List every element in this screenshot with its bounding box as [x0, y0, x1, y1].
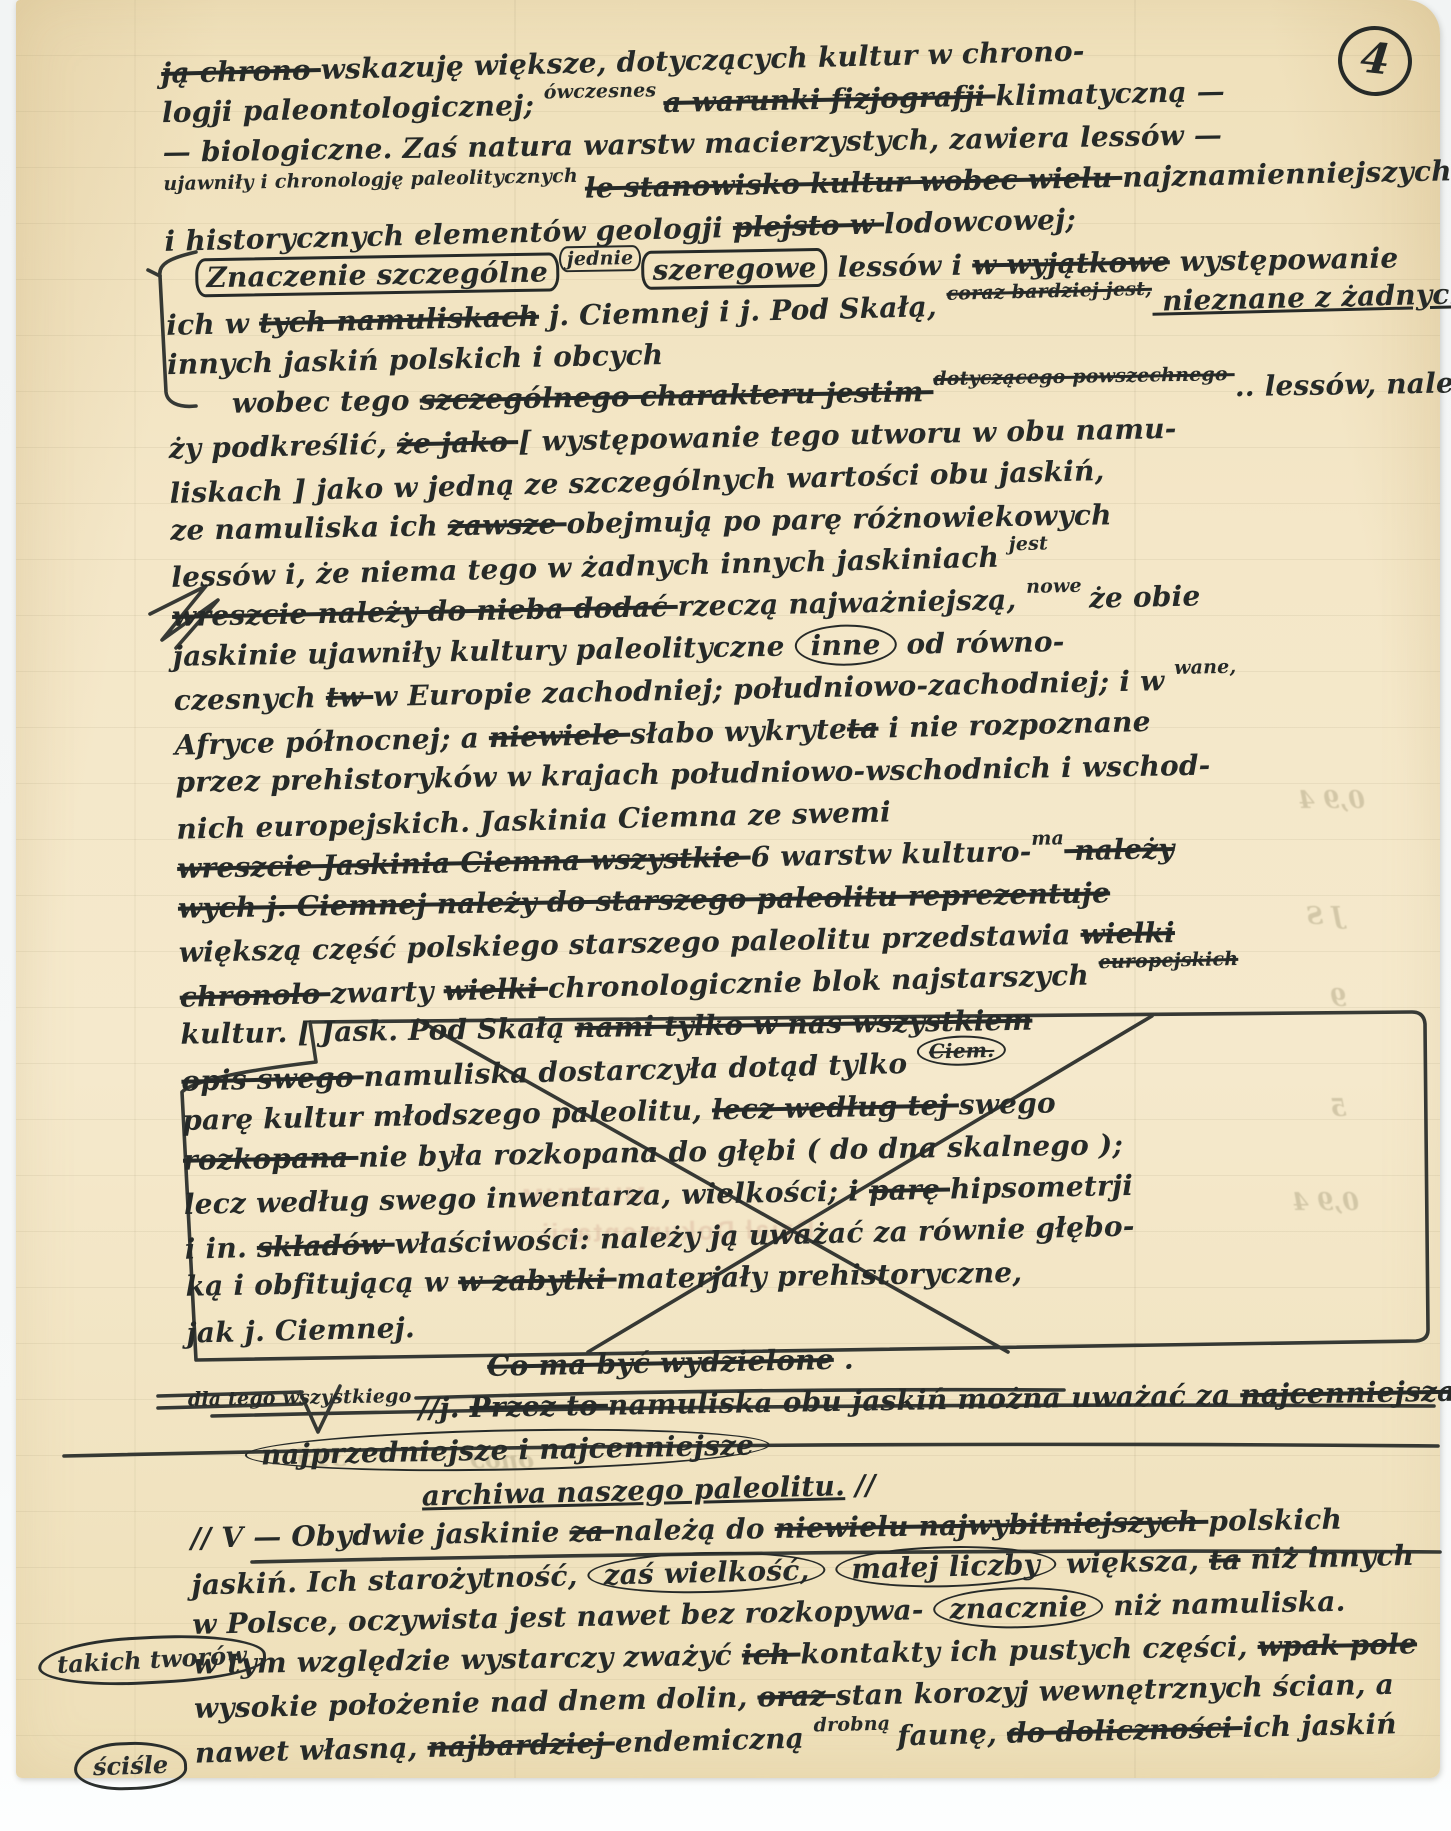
strikethrough-text: należy [1064, 832, 1175, 867]
circled-text: zaś wielkość, [587, 1549, 826, 1596]
text-run: faunę, [897, 1717, 1007, 1753]
circled-text: małej liczby [835, 1544, 1057, 1590]
text-run: 6 warstw kulturo- [750, 835, 1032, 874]
text-run: lodowcowej; [884, 203, 1077, 241]
strikethrough-text: Przez to [469, 1389, 608, 1424]
strikethrough-text: opis swego [181, 1060, 364, 1097]
text-run: hipsometrji [950, 1169, 1134, 1206]
strikethrough-text: najcenniejsza [1240, 1375, 1451, 1412]
underlined-text: archiwa naszego paleolitu. [421, 1469, 845, 1512]
strikethrough-text: wpak pole [1257, 1627, 1417, 1663]
text-run: materjały prehistoryczne, [616, 1256, 1022, 1296]
interline-insertion: dla tego wszystkiego [188, 1385, 419, 1411]
text-run: //j. [418, 1391, 470, 1425]
text-run: występowanie [1170, 241, 1399, 278]
text-run [825, 1553, 836, 1586]
interline-insertion-struck: europejskich [1098, 948, 1238, 973]
strikethrough-text: a warunki fizjografji [663, 79, 996, 119]
text-run: namuliska dostarczyła dotąd tylko [363, 1047, 917, 1094]
text-run: ży podkreślić, [168, 428, 397, 466]
strikethrough-text: parę [869, 1173, 951, 1208]
text-run: klimatyczną — [995, 75, 1225, 113]
text-run: swego [959, 1086, 1057, 1121]
strikethrough-text: że jako [397, 425, 519, 460]
text-run: jaskinie ujawniły kultury paleolityczne [173, 630, 795, 673]
interline-insertion: wane, [1174, 656, 1237, 679]
text-run: najznamienniejszych fizycznych [1122, 151, 1451, 194]
text-run: j. Ciemnej i j. Pod Skałą, [539, 290, 948, 333]
strikethrough-text: lecz według tej [712, 1088, 960, 1126]
text-run: rzeczą najważniejszą, [677, 583, 1026, 623]
text-run: wobec tego [232, 384, 420, 420]
text-run: . [833, 1343, 854, 1376]
text-run: lessów i [827, 248, 972, 283]
strikethrough-text: zawsze [448, 507, 567, 542]
page-number: 4 [1358, 33, 1392, 85]
text-run: // [845, 1468, 877, 1502]
text-run: logji paleontologicznej; [162, 88, 545, 129]
interline-insertion: drobną [813, 1712, 897, 1736]
boxed-insertion: jednie [559, 245, 642, 272]
text-run: słabo wykryte [630, 712, 848, 750]
interline-insertion: nowe [1026, 575, 1089, 598]
strikethrough-text: wielki [1080, 916, 1175, 951]
text-run: kontakty ich pustych części, [800, 1630, 1258, 1671]
text-run: nie była rozkopana do głębi ( do dna ska… [358, 1128, 1123, 1174]
text-run: i in. [184, 1231, 257, 1266]
text-run: nawet własną, [195, 1731, 428, 1770]
text-run: .. lessów, nale- [1235, 366, 1451, 403]
text-run: chronologicznie blok najstarszych [548, 958, 1100, 1004]
strikethrough-text: ich [742, 1638, 801, 1672]
strikethrough-text: składów [256, 1228, 395, 1264]
strikethrough-text: ta [847, 712, 879, 746]
strikethrough-text: w zabytki [458, 1263, 617, 1299]
text-run: // V — Obydwie jaskinie [190, 1515, 569, 1554]
circled-text: znacznie [933, 1586, 1104, 1630]
strikethrough-text: ta [1209, 1543, 1241, 1577]
strikethrough-text: niewielu najwybitniejszych [774, 1505, 1208, 1545]
strikethrough-text: oraz [757, 1679, 836, 1714]
strikethrough-text: do doliczności [1007, 1711, 1243, 1750]
boxed-text: Znaczenie szczególne [195, 252, 559, 297]
text-run: czesnych [173, 681, 326, 717]
text-run: w tym względzie wystarczy zważyć [193, 1639, 742, 1681]
manuscript-text: ją chrono wskazuję większe, dotyczących … [161, 25, 1451, 1772]
text-run: polskich [1208, 1503, 1342, 1538]
interline-insertion-struck: dotyczącego powszechnego [933, 363, 1235, 390]
strikethrough-text: tw [326, 680, 374, 714]
strikethrough-text: ją chrono [161, 53, 321, 90]
boxed-text: szeregowe [641, 248, 828, 290]
strikethrough-text: najbardziej [427, 1726, 615, 1764]
circled-insertion-struck: Ciem. [917, 1035, 1007, 1067]
strikethrough-text: za [569, 1515, 614, 1549]
text-run: Afryce północnej; a [174, 721, 489, 762]
text-run: niż namuliska. [1103, 1585, 1346, 1623]
strikethrough-text: wielki [443, 972, 548, 1008]
circled-text: inne [794, 624, 897, 667]
text-run: namuliska obu jaskiń można uważać za [608, 1378, 1241, 1421]
strikethrough-text: chronolo [179, 977, 330, 1014]
text-run: niż innych [1240, 1539, 1414, 1576]
strikethrough-text: w wyjątkowe [972, 245, 1170, 281]
interline-insertion-struck: coraz bardziej jest, [946, 278, 1152, 305]
strikethrough-text: Co ma być wydzielone [487, 1343, 834, 1383]
scanned-manuscript-page: 0,9 4J S950,9 4315оnоɔMUZEUMDział Dokume… [0, 0, 1451, 1831]
strikethrough-text: tych namuliskach [259, 300, 540, 340]
margin-note-text: takich tworów [56, 1640, 247, 1679]
text-run: od równo- [896, 625, 1064, 661]
text-run: jak j. Ciemnej. [186, 1311, 415, 1350]
interline-insertion: ówczesnes [544, 79, 664, 103]
text-run: ze namuliska ich [170, 509, 448, 547]
strikethrough-text: le stanowisko kultur wobec wielu [585, 161, 1123, 205]
text-run: ich jaskiń [1242, 1707, 1397, 1744]
underlined-text: nieznane z żadnych [1152, 277, 1451, 318]
text-run: kultur. [ Jask. Pod Skałą [180, 1011, 575, 1051]
strikethrough-text: niewiele [488, 718, 630, 754]
interline-insertion: jest [1008, 532, 1048, 555]
text-run: wysokie położenie nad dnem dolin, [194, 1681, 758, 1725]
text-run: i nie rozpoznane [878, 705, 1151, 745]
strikethrough-text: szczególnego charakteru jestim [419, 375, 933, 417]
text-run: zwarty [330, 974, 444, 1010]
text-run: ich w [166, 307, 260, 342]
strikethrough-text: rozkopana [183, 1141, 359, 1177]
text-run: endemiczną [614, 1721, 814, 1759]
text-run: należą do [614, 1512, 775, 1548]
strikethrough-text: plejsto w [733, 207, 885, 244]
text-run: jaskiń. Ich starożytność, [191, 1559, 588, 1602]
text-run: większa, [1056, 1544, 1210, 1581]
margin-note-text: ściśle [92, 1750, 168, 1782]
text-run: że obie [1089, 579, 1201, 614]
interline-insertion: ma [1031, 827, 1064, 850]
text-run: ką i obfitującą w [185, 1265, 458, 1303]
